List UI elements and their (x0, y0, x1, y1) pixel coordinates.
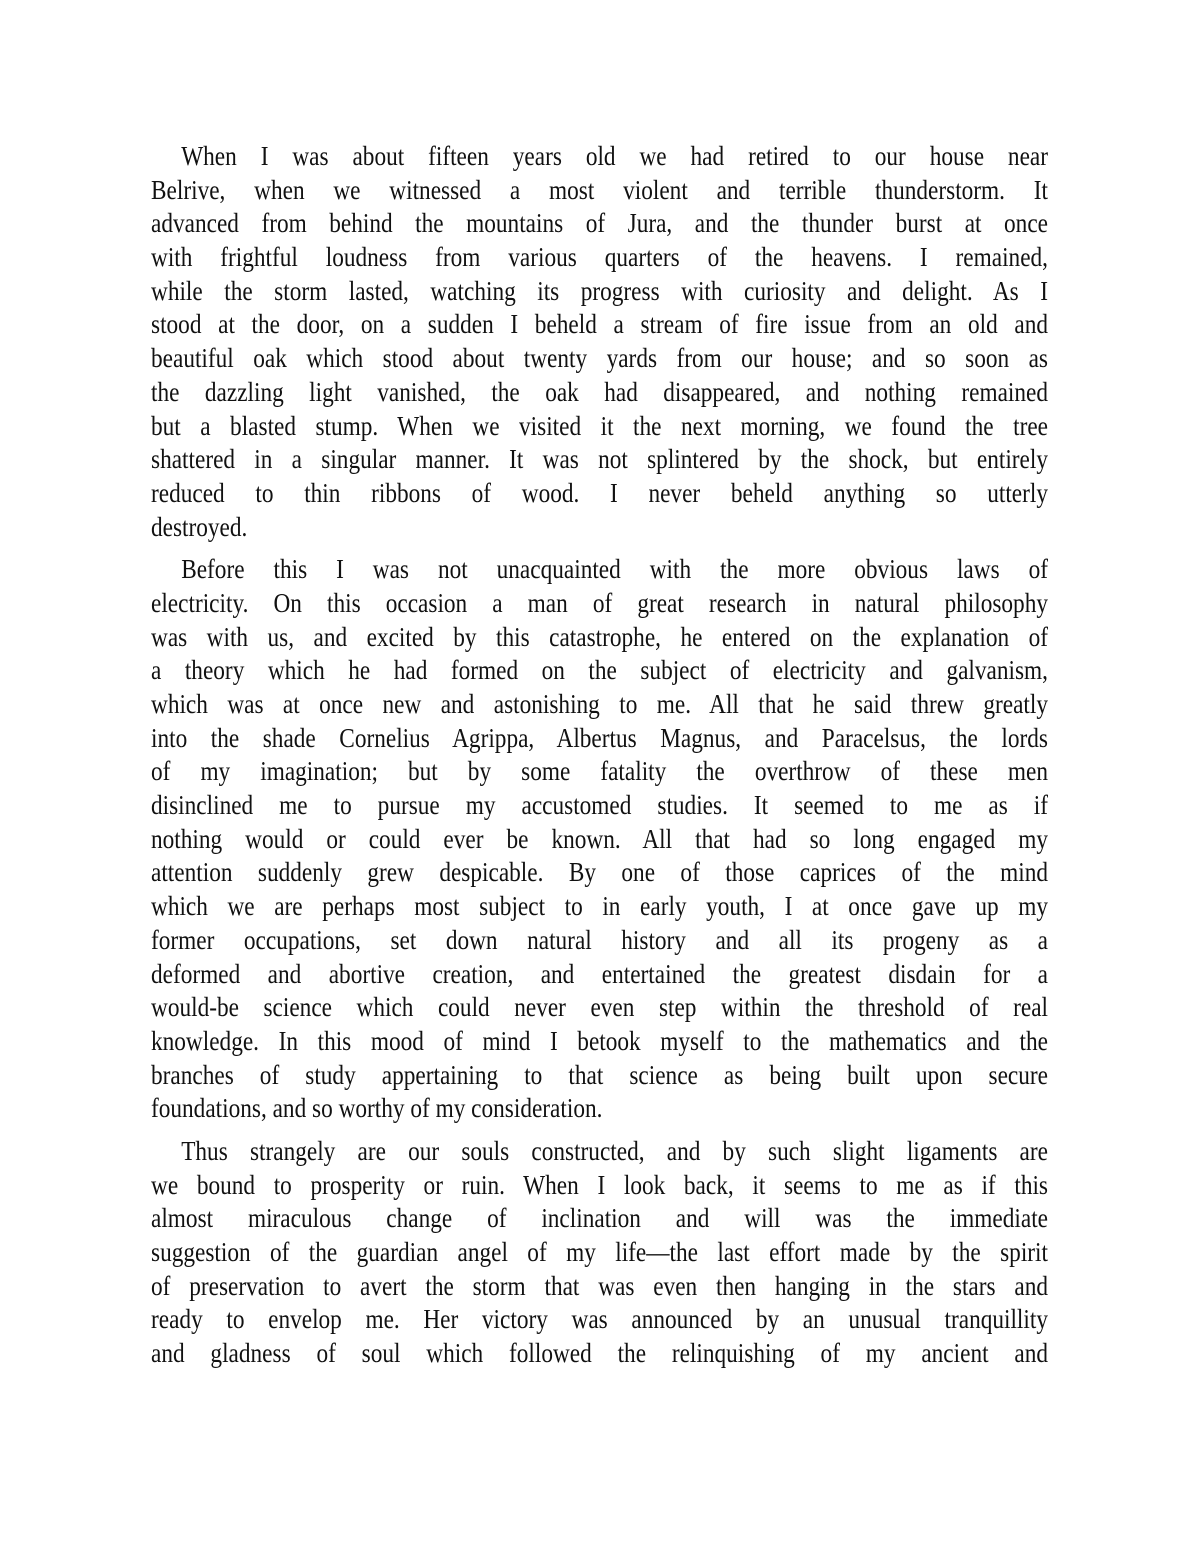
text-line: beautiful oak which stood about twenty y… (151, 342, 1048, 376)
text-line: with frightful loudness from various qua… (151, 241, 1048, 275)
text-line: we bound to prosperity or ruin. When I l… (151, 1169, 1048, 1203)
text-line: advanced from behind the mountains of Ju… (151, 207, 1048, 241)
text-line: the dazzling light vanished, the oak had… (151, 376, 1048, 410)
text-line: ready to envelop me. Her victory was ann… (151, 1303, 1048, 1337)
text-line: When I was about fifteen years old we ha… (151, 140, 1048, 174)
text-line: Belrive, when we witnessed a most violen… (151, 174, 1048, 208)
text-line: of preservation to avert the storm that … (151, 1270, 1048, 1304)
paragraph-1: When I was about fifteen years old we ha… (151, 140, 1048, 544)
text-line: reduced to thin ribbons of wood. I never… (151, 477, 1048, 511)
text-line: while the storm lasted, watching its pro… (151, 275, 1048, 309)
paragraph-3: Thus strangely are our souls constructed… (151, 1135, 1048, 1371)
body-text: When I was about fifteen years old we ha… (151, 140, 1048, 1380)
text-line: of my imagination; but by some fatality … (151, 755, 1048, 789)
text-line: which we are perhaps most subject to in … (151, 890, 1048, 924)
text-line: and gladness of soul which followed the … (151, 1337, 1048, 1371)
text-line: shattered in a singular manner. It was n… (151, 443, 1048, 477)
text-line: which was at once new and astonishing to… (151, 688, 1048, 722)
text-line: branches of study appertaining to that s… (151, 1059, 1048, 1093)
text-line: disinclined me to pursue my accustomed s… (151, 789, 1048, 823)
text-line: into the shade Cornelius Agrippa, Albert… (151, 722, 1048, 756)
text-line: was with us, and excited by this catastr… (151, 621, 1048, 655)
text-line: foundations, and so worthy of my conside… (151, 1092, 1048, 1126)
text-line: Thus strangely are our souls constructed… (151, 1135, 1048, 1169)
text-line: but a blasted stump. When we visited it … (151, 410, 1048, 444)
document-page: When I was about fifteen years old we ha… (0, 0, 1200, 1552)
text-line: suggestion of the guardian angel of my l… (151, 1236, 1048, 1270)
text-line: former occupations, set down natural his… (151, 924, 1048, 958)
text-line: electricity. On this occasion a man of g… (151, 587, 1048, 621)
text-line: Before this I was not unacquainted with … (151, 553, 1048, 587)
text-line: destroyed. (151, 511, 1048, 545)
text-line: attention suddenly grew despicable. By o… (151, 856, 1048, 890)
text-line: knowledge. In this mood of mind I betook… (151, 1025, 1048, 1059)
text-line: almost miraculous change of inclination … (151, 1202, 1048, 1236)
text-line: nothing would or could ever be known. Al… (151, 823, 1048, 857)
text-line: would-be science which could never even … (151, 991, 1048, 1025)
text-line: stood at the door, on a sudden I beheld … (151, 308, 1048, 342)
text-line: a theory which he had formed on the subj… (151, 654, 1048, 688)
text-line: deformed and abortive creation, and ente… (151, 958, 1048, 992)
paragraph-2: Before this I was not unacquainted with … (151, 553, 1048, 1126)
